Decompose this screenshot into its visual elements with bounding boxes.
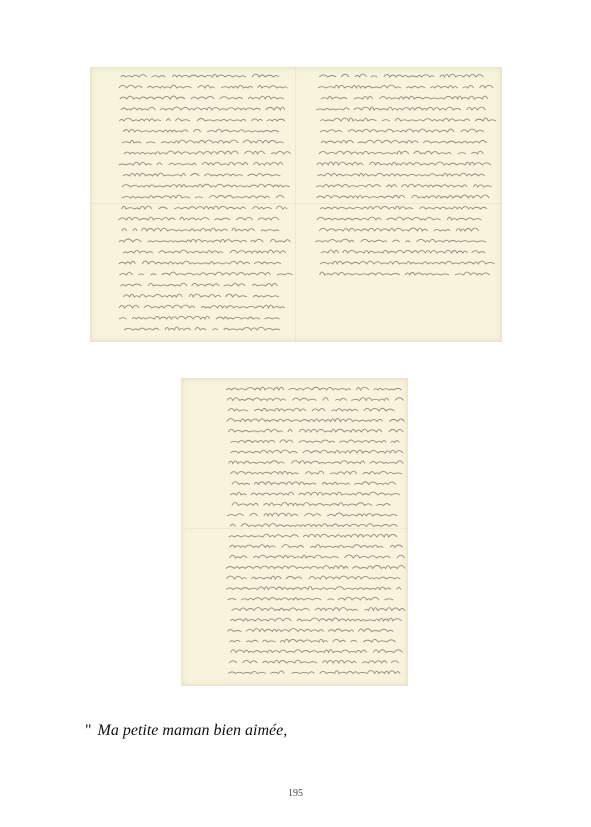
quote-text: Ma petite maman bien aimée, [98,722,288,739]
quote-mark: " [85,722,92,739]
letter-opening-quote: "Ma petite maman bien aimée, [85,722,287,740]
handwriting-illustration [90,67,502,342]
letter-scan-spread [90,67,502,342]
handwriting-illustration [181,378,408,686]
page-number: 195 [0,788,591,799]
letter-scan-single [181,378,408,686]
